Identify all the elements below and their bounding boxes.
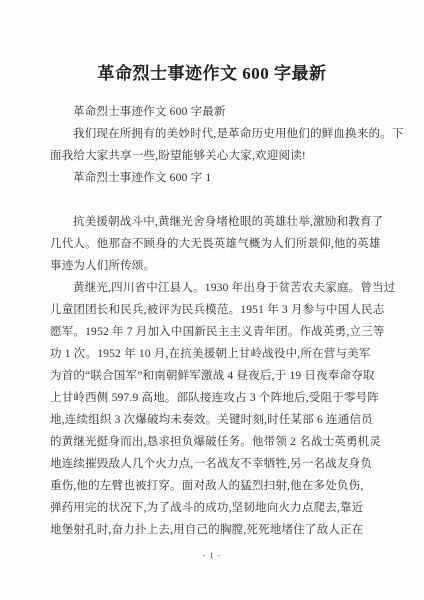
text-line: 的黄继光挺身而出,恳求担负爆破任务。他带领 2 名战士英勇机灵 — [50, 431, 372, 453]
page-number: - 1 - — [0, 550, 424, 562]
text-line: 上甘岭西侧 597.9 高地。部队接连攻占 3 个阵地后,受阻于零号阵 — [50, 387, 372, 409]
text-line: 革命烈士事迹作文 600 字 1 — [50, 167, 372, 189]
text-line: 我们现在所拥有的美妙时代,是革命历史用他们的鲜血换来的。下 — [50, 123, 372, 145]
text-line: 愿军。1952 年 7 月加入中国新民主主义青年团。作战英勇,立三等 — [50, 321, 372, 343]
document-body: 革命烈士事迹作文 600 字最新我们现在所拥有的美妙时代,是革命历史用他们的鲜血… — [50, 101, 372, 541]
text-line: 抗美援朝战斗中,黄继光舍身堵枪眼的英雄壮举,激励和教育了 — [50, 211, 372, 233]
document-page: 革命烈士事迹作文 600 字最新 革命烈士事迹作文 600 字最新我们现在所拥有… — [0, 0, 424, 600]
text-line: 儿童团团长和民兵,被评为民兵模范。1951 年 3 月参与中国人民志 — [50, 299, 372, 321]
text-line: 地堡射孔时,奋力扑上去,用自己的胸膛,死死地堵住了敌人正在 — [50, 519, 372, 541]
text-line — [50, 189, 372, 211]
text-line: 几代人。他那奋不顾身的大无畏英雄气概为人们所景仰,他的英雄 — [50, 233, 372, 255]
text-line: 革命烈士事迹作文 600 字最新 — [50, 101, 372, 123]
text-line: 事迹为人们所传颂。 — [50, 255, 372, 277]
text-line: 功 1 次。1952 年 10 月,在抗美援朝上甘岭战役中,所在营与美军 — [50, 343, 372, 365]
text-line: 地连续摧毁敌人几个火力点,一名战友不幸牺牲,另一名战友身负 — [50, 453, 372, 475]
text-line: 地,连续组织 3 次爆破均未奏效。关键时刻,时任某部 6 连通信员 — [50, 409, 372, 431]
text-line: 重伤,他的左臂也被打穿。面对敌人的猛烈扫射,他在多处负伤, — [50, 475, 372, 497]
text-line: 为首的“联合国军”和南朝鲜军激战 4 昼夜后,于 19 日夜奉命夺取 — [50, 365, 372, 387]
text-line: 弹药用完的状况下,为了战斗的成功,坚韧地向火力点爬去,靠近 — [50, 497, 372, 519]
text-line: 黄继光,四川省中江县人。1930 年出身于贫苦农夫家庭。曾当过 — [50, 277, 372, 299]
document-title: 革命烈士事迹作文 600 字最新 — [0, 62, 424, 86]
text-line: 面我给大家共享一些,盼望能够关心大家,欢迎阅读! — [50, 145, 372, 167]
